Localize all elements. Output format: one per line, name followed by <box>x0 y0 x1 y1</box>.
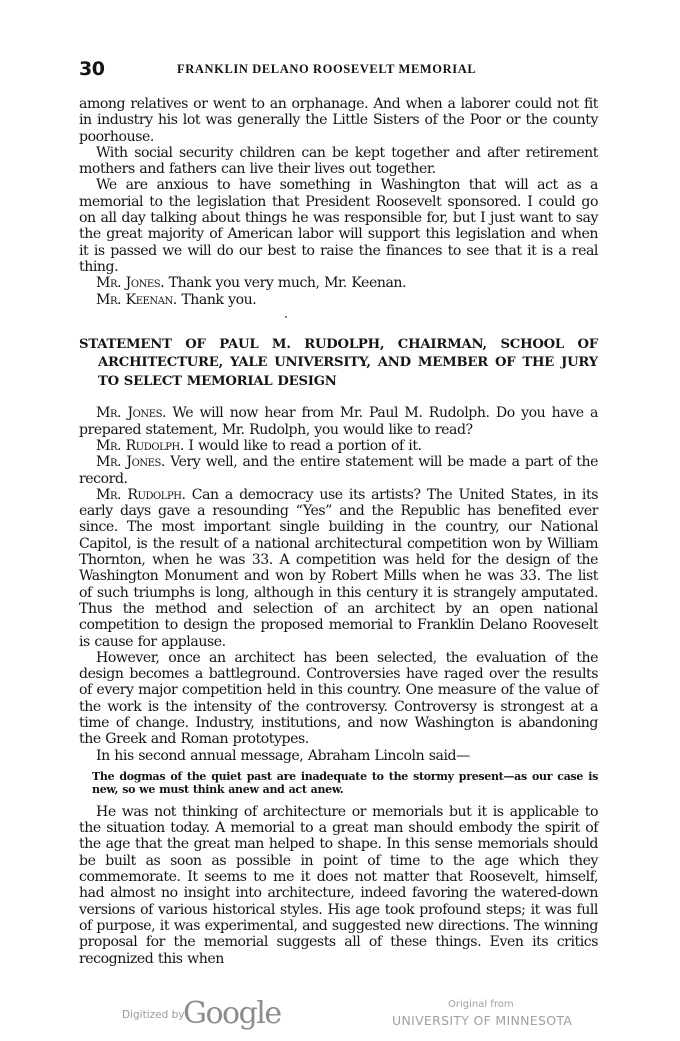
block-quote: The dogmas of the quiet past are inadequ… <box>92 770 598 796</box>
paragraph: among relatives or went to an orphanage.… <box>79 96 598 145</box>
document-page: 30 FRANKLIN DELANO ROOSEVELT MEMORIAL am… <box>79 58 598 967</box>
speech-text: I would like to read a portion of it. <box>184 438 422 454</box>
speaker-name: Mr. Keenan. <box>96 292 177 308</box>
speech-text: Thank you. <box>177 292 257 308</box>
paragraph-text: With social security children can be kep… <box>79 145 598 177</box>
dialogue-line: Mr. Rudolph. Can a democracy use its art… <box>79 487 598 650</box>
dialogue-line: Mr. Keenan. Thank you. <box>79 292 598 308</box>
paragraph-text: We are anxious to have something in Wash… <box>79 177 598 274</box>
dialogue-line: Mr. Jones. Very well, and the entire sta… <box>79 454 598 487</box>
paragraph: He was not thinking of architecture or m… <box>79 804 598 967</box>
speaker-name: Mr. Jones. <box>96 405 166 421</box>
paragraph-text: However, once an architect has been sele… <box>79 650 598 747</box>
dialogue-line: Mr. Jones. Thank you very much, Mr. Keen… <box>79 275 598 291</box>
speaker-name: Mr. Jones. <box>96 275 164 291</box>
paragraph: In his second annual message, Abraham Li… <box>79 748 598 764</box>
paragraph-text: He was not thinking of architecture or m… <box>79 804 598 967</box>
paragraph: With social security children can be kep… <box>79 145 598 178</box>
digitized-by-label: Digitized by <box>122 1009 184 1021</box>
dialogue-line: Mr. Rudolph. I would like to read a port… <box>79 438 598 454</box>
section-heading: STATEMENT OF PAUL M. RUDOLPH, CHAIRMAN, … <box>79 336 598 392</box>
speech-text: Thank you very much, Mr. Keenan. <box>164 275 406 291</box>
speaker-name: Mr. Rudolph. <box>96 438 184 454</box>
scan-speck <box>285 316 287 318</box>
running-title: FRANKLIN DELANO ROOSEVELT MEMORIAL <box>177 62 476 77</box>
institution-name: UNIVERSITY OF MINNESOTA <box>392 1013 572 1028</box>
original-from-label: Original from <box>448 999 514 1010</box>
page-number: 30 <box>79 58 104 80</box>
digitization-footer: Digitized by Google Original from UNIVER… <box>0 996 680 1036</box>
speech-text: Can a democracy use its artists? The Uni… <box>79 487 598 650</box>
google-logo: Google <box>183 996 281 1031</box>
body-text: among relatives or went to an orphanage.… <box>79 96 598 967</box>
paragraph-text: among relatives or went to an orphanage.… <box>79 96 598 145</box>
speaker-name: Mr. Jones. <box>96 454 165 470</box>
dialogue-line: Mr. Jones. We will now hear from Mr. Pau… <box>79 405 598 438</box>
speaker-name: Mr. Rudolph. <box>96 487 186 503</box>
paragraph-text: In his second annual message, Abraham Li… <box>96 748 470 764</box>
paragraph: We are anxious to have something in Wash… <box>79 177 598 275</box>
paragraph: However, once an architect has been sele… <box>79 650 598 748</box>
page-header: 30 FRANKLIN DELANO ROOSEVELT MEMORIAL <box>79 58 598 82</box>
